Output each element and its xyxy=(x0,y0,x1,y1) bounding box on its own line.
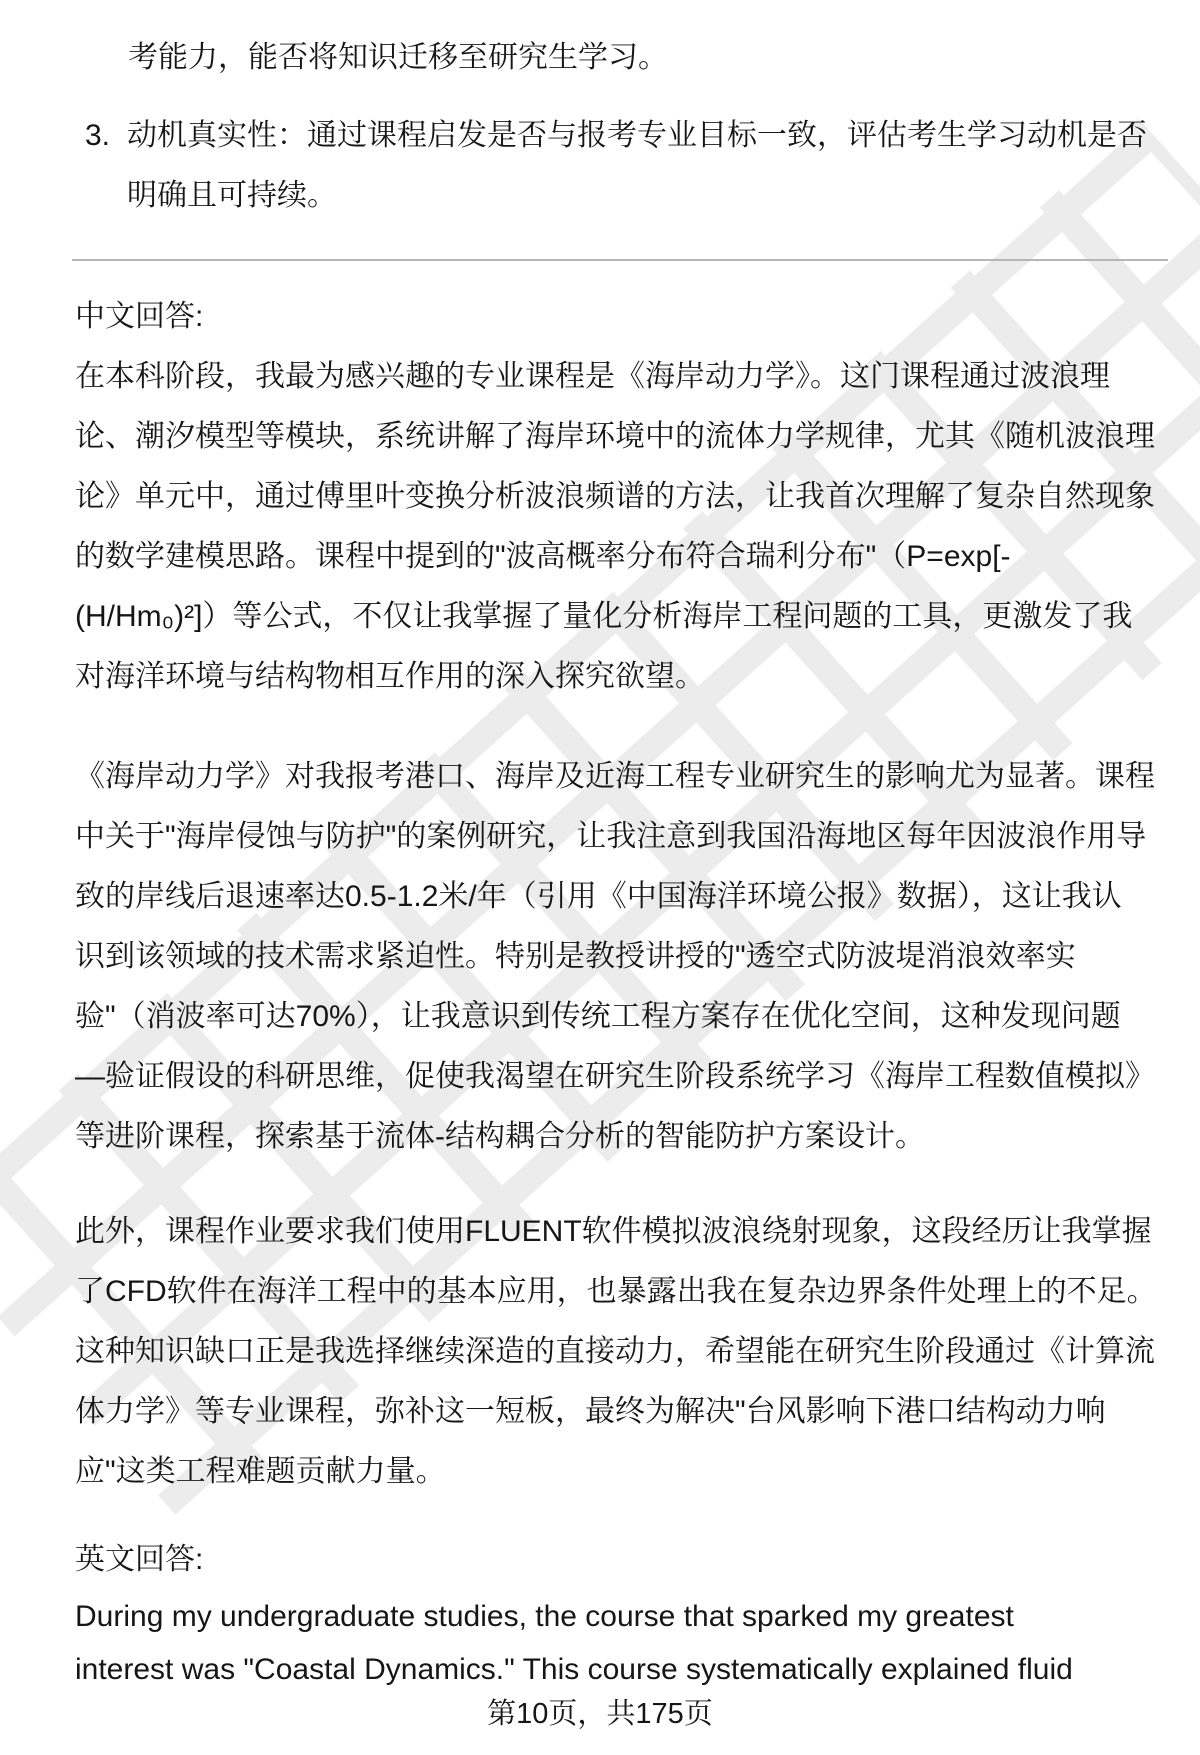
text-line: 明确且可持续。 xyxy=(127,166,1160,226)
page-footer: 第10页，共175页 xyxy=(0,1694,1200,1734)
text-line: 对海洋环境与结构物相互作用的深入探究欲望。 xyxy=(75,647,1160,707)
text-line: 动机真实性：通过课程启发是否与报考专业目标一致，评估考生学习动机是否 xyxy=(127,106,1160,166)
text-line: 应"这类工程难题贡献力量。 xyxy=(75,1442,1160,1502)
text-line: 了CFD软件在海洋工程中的基本应用，也暴露出我在复杂边界条件处理上的不足。 xyxy=(75,1262,1160,1322)
english-answer-heading: 英文回答: xyxy=(75,1530,1160,1590)
text-line: 识到该领域的技术需求紧迫性。特别是教授讲授的"透空式防波堤消浪效率实 xyxy=(75,927,1160,987)
english-answer-paragraph-1: During my undergraduate studies, the cou… xyxy=(75,1590,1160,1696)
text-line: 《海岸动力学》对我报考港口、海岸及近海工程专业研究生的影响尤为显著。课程 xyxy=(75,747,1160,807)
list-item-3: 3. 动机真实性：通过课程启发是否与报考专业目标一致，评估考生学习动机是否 明确… xyxy=(75,106,1160,226)
chinese-answer-heading: 中文回答: xyxy=(75,287,1160,347)
text-line: —验证假设的科研思维，促使我渴望在研究生阶段系统学习《海岸工程数值模拟》 xyxy=(75,1047,1160,1107)
text-line: interest was "Coastal Dynamics." This co… xyxy=(75,1643,1160,1696)
text-line: During my undergraduate studies, the cou… xyxy=(75,1590,1160,1643)
list-item-3-number: 3. xyxy=(75,106,127,226)
text-line: 等进阶课程，探索基于流体-结构耦合分析的智能防护方案设计。 xyxy=(75,1107,1160,1167)
text-line: 致的岸线后退速率达0.5-1.2米/年（引用《中国海洋环境公报》数据），这让我认 xyxy=(75,867,1160,927)
document-body: 考能力，能否将知识迁移至研究生学习。 3. 动机真实性：通过课程启发是否与报考专… xyxy=(0,0,1200,1696)
text-line: 体力学》等专业课程，弥补这一短板，最终为解决"台风影响下港口结构动力响 xyxy=(75,1382,1160,1442)
text-line: (H/Hm₀)²]）等公式，不仅让我掌握了量化分析海岸工程问题的工具，更激发了我 xyxy=(75,587,1160,647)
text-line: 这种知识缺口正是我选择继续深造的直接动力，希望能在研究生阶段通过《计算流 xyxy=(75,1322,1160,1382)
chinese-answer-paragraph-2: 《海岸动力学》对我报考港口、海岸及近海工程专业研究生的影响尤为显著。课程 中关于… xyxy=(75,747,1160,1167)
text-line: 验"（消波率可达70%），让我意识到传统工程方案存在优化空间，这种发现问题 xyxy=(75,987,1160,1047)
text-line: 的数学建模思路。课程中提到的"波高概率分布符合瑞利分布"（P=exp[- xyxy=(75,527,1160,587)
list-item-2-continuation-line: 考能力，能否将知识迁移至研究生学习。 xyxy=(75,28,1160,88)
chinese-answer-paragraph-3: 此外，课程作业要求我们使用FLUENT软件模拟波浪绕射现象，这段经历让我掌握 了… xyxy=(75,1202,1160,1502)
document-page: 考能力，能否将知识迁移至研究生学习。 3. 动机真实性：通过课程启发是否与报考专… xyxy=(0,0,1200,1755)
list-item-3-body: 动机真实性：通过课程启发是否与报考专业目标一致，评估考生学习动机是否 明确且可持… xyxy=(127,106,1160,226)
text-line: 此外，课程作业要求我们使用FLUENT软件模拟波浪绕射现象，这段经历让我掌握 xyxy=(75,1202,1160,1262)
text-line: 在本科阶段，我最为感兴趣的专业课程是《海岸动力学》。这门课程通过波浪理 xyxy=(75,347,1160,407)
text-line: 论》单元中，通过傅里叶变换分析波浪频谱的方法，让我首次理解了复杂自然现象 xyxy=(75,467,1160,527)
text-line: 中关于"海岸侵蚀与防护"的案例研究，让我注意到我国沿海地区每年因波浪作用导 xyxy=(75,807,1160,867)
section-divider xyxy=(72,259,1168,261)
chinese-answer-paragraph-1: 在本科阶段，我最为感兴趣的专业课程是《海岸动力学》。这门课程通过波浪理 论、潮汐… xyxy=(75,347,1160,707)
text-line: 论、潮汐模型等模块，系统讲解了海岸环境中的流体力学规律，尤其《随机波浪理 xyxy=(75,407,1160,467)
